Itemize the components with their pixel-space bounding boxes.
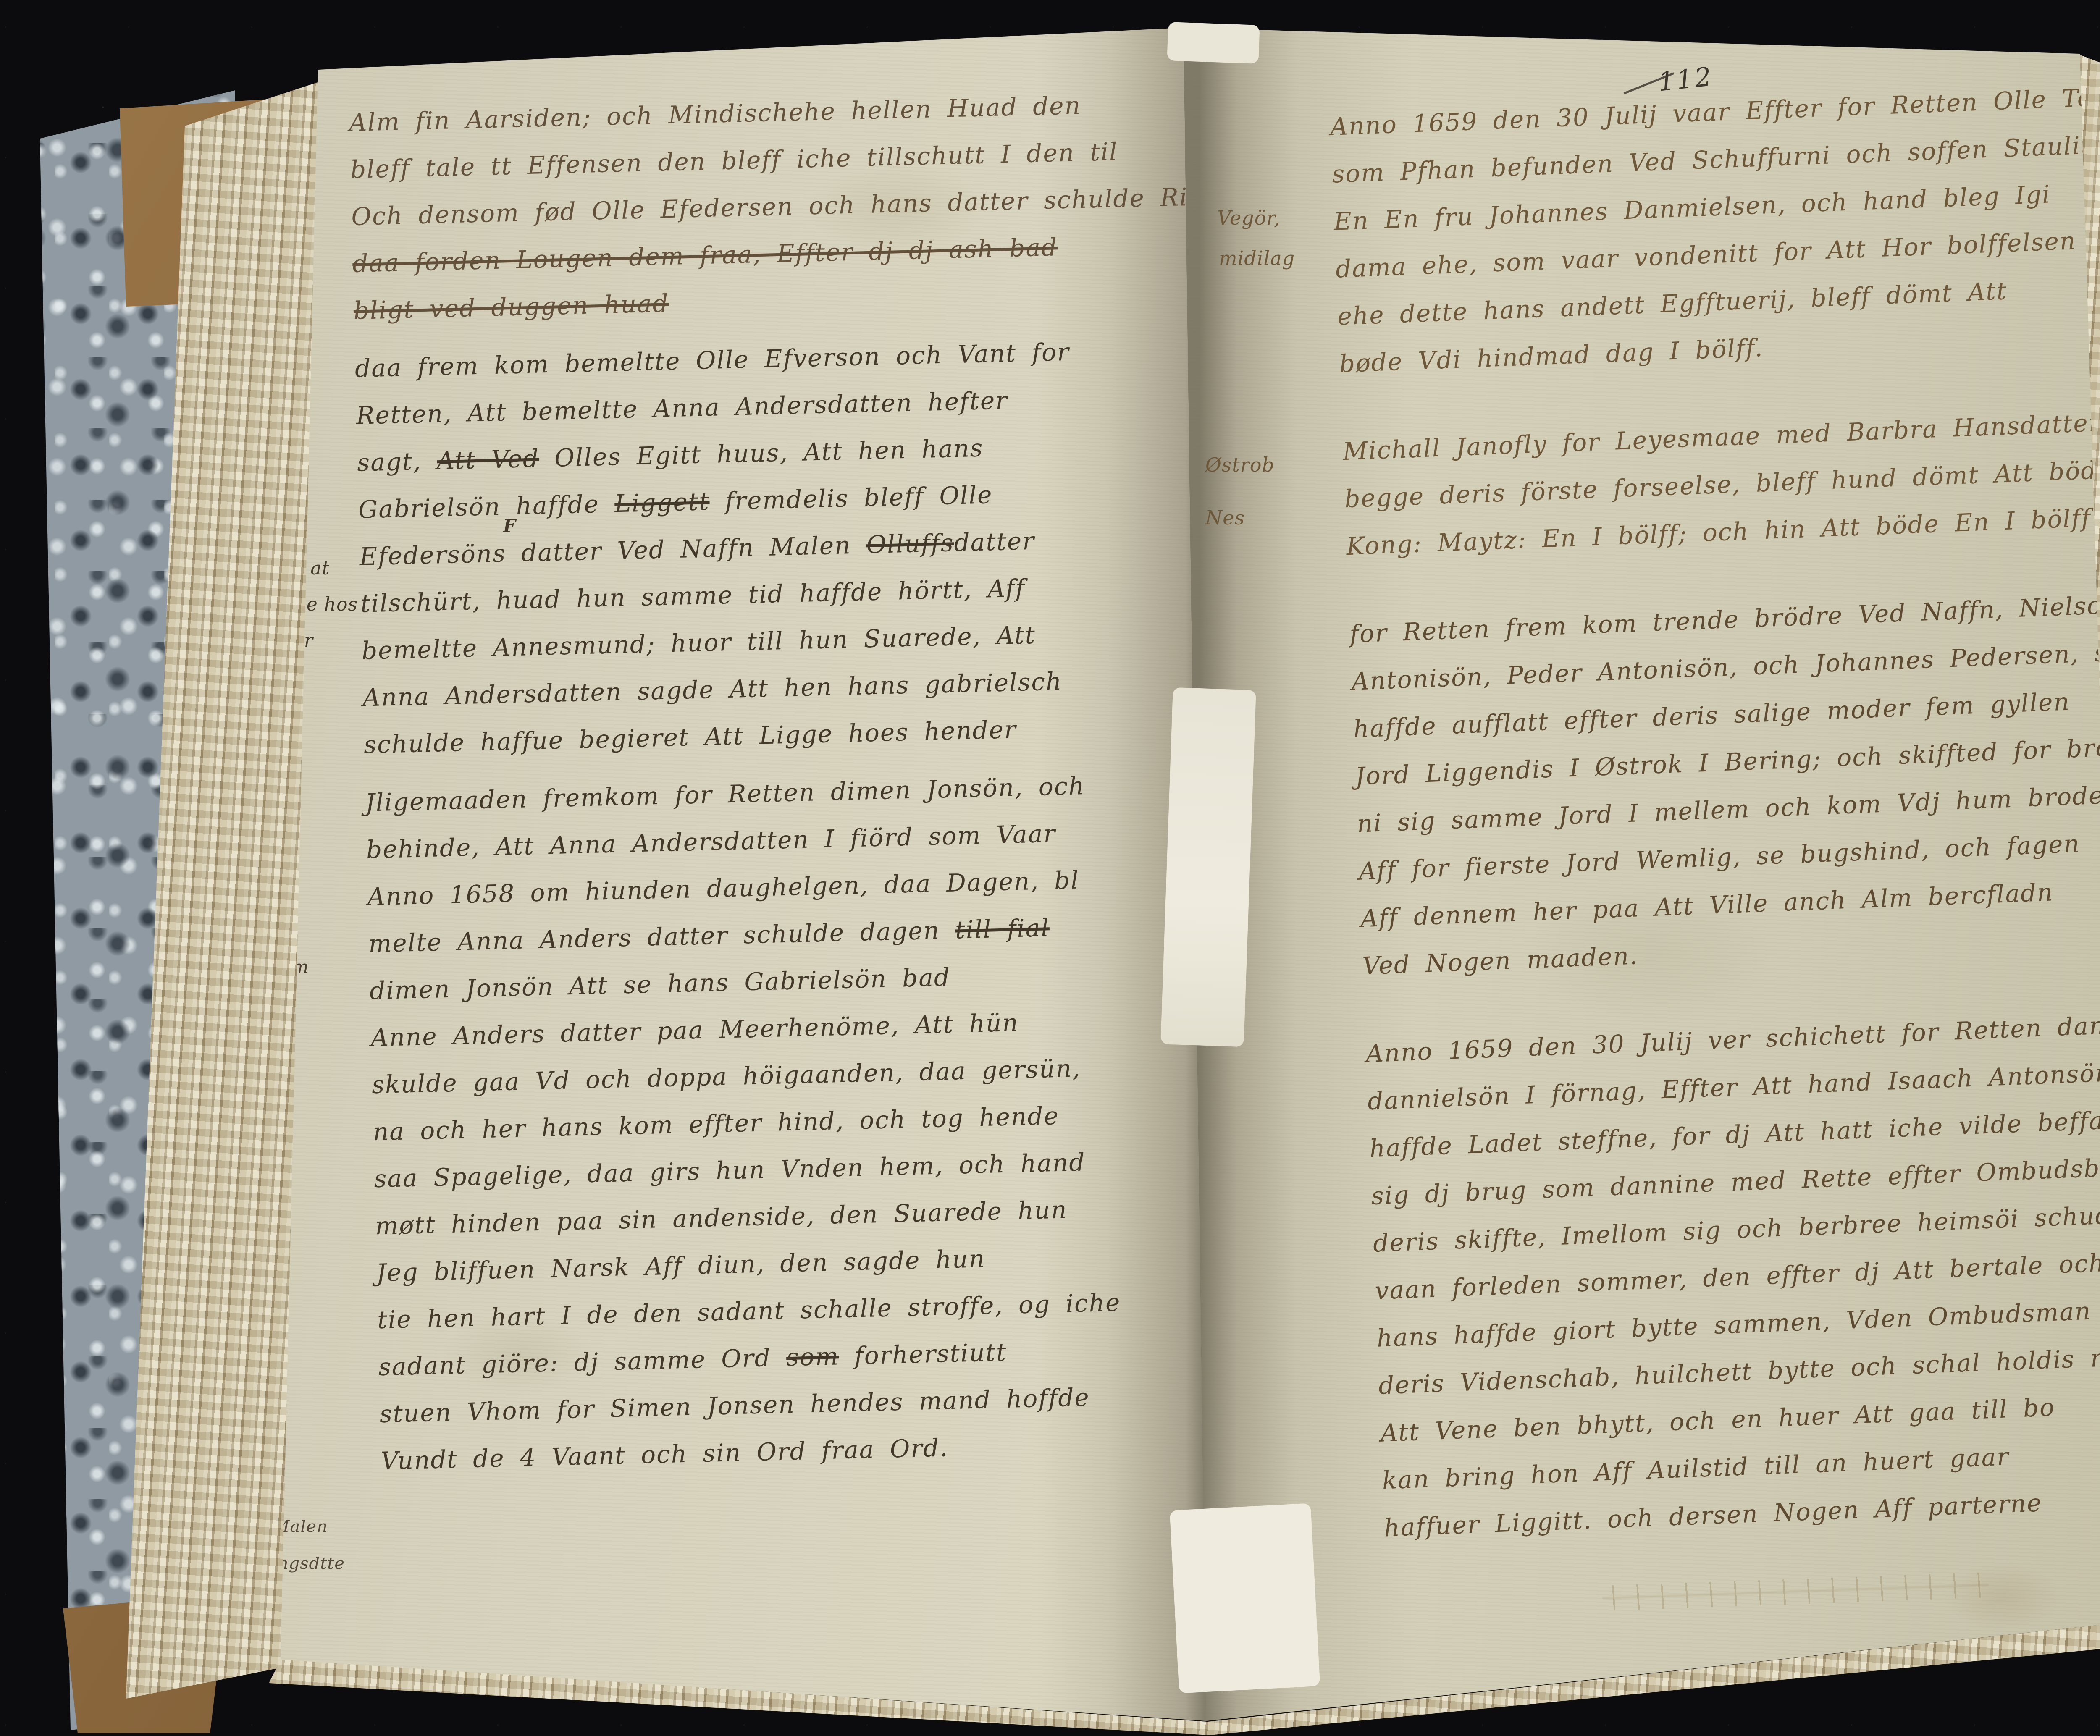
paragraph: Michall Janofly for Leyesmaae med Barbra…	[1342, 395, 2100, 570]
paragraph: for Retten frem kom trende brödre Ved Na…	[1349, 577, 2100, 990]
photo-open-court-record-book: { "document": { "kind": "handwritten cou…	[0, 0, 2100, 1736]
gutter-tear-patch-middle	[1160, 687, 1256, 1047]
right-page-text-column: Anno 1659 den 30 Julij vaar Effter for R…	[1329, 70, 2100, 1592]
paragraph: Anno 1659 den 30 Julij ver schichett for…	[1365, 997, 2100, 1552]
paragraph: Alm fin Aarsiden; och Mindischehe hellen…	[349, 79, 1184, 334]
paragraph: Jligemaaden fremkom for Retten dimen Jon…	[365, 760, 1210, 1484]
gutter-paper-patch-bottom	[1170, 1503, 1320, 1694]
margin-note: Østrob	[1205, 454, 1275, 476]
margin-note: Vegör,	[1217, 207, 1281, 229]
gutter-paper-sliver-top	[1167, 22, 1260, 64]
margin-note: midilag	[1219, 247, 1295, 270]
left-page-text-column: Alm fin Aarsiden; och Mindischehe hellen…	[349, 79, 1211, 1495]
paragraph: Anno 1659 den 30 Julij vaar Effter for R…	[1329, 70, 2100, 388]
margin-note: Nes	[1205, 506, 1245, 529]
paragraph: daa frem kom bemeltte Olle Efverson och …	[354, 325, 1194, 768]
